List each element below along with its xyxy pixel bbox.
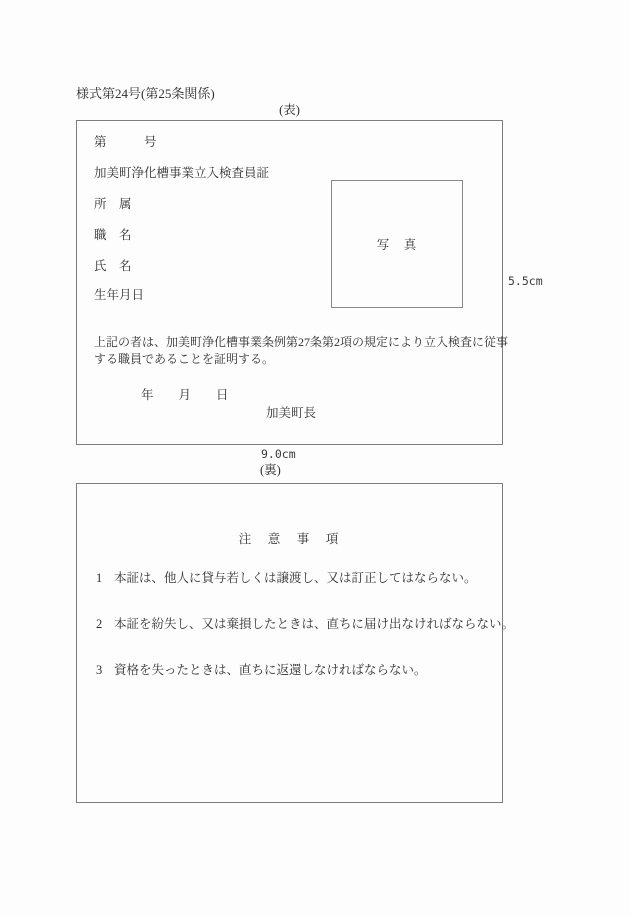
name-label: 氏 名 [94, 259, 132, 274]
note-item: 2 本証を紛失し、又は棄損したときは、直ちに届け出なければならない。 [96, 617, 492, 632]
certificate-title: 加美町浄化槽事業立入検査員証 [94, 166, 269, 181]
photo-box: 写 真 [331, 180, 463, 308]
note-text: 資格を失ったときは、直ちに返還しなければならない。 [114, 663, 427, 678]
statement-line-2: する職員であることを証明する。 [94, 352, 274, 366]
mayor-signature-label: 加美町長 [266, 406, 316, 421]
height-dimension-label: 5.5cm [508, 274, 543, 288]
back-card: 注 意 事 項 1 本証は、他人に貸与若しくは譲渡し、又は訂正してはならない。 … [76, 483, 503, 803]
notes-title: 注 意 事 項 [77, 529, 502, 547]
width-dimension-label: 9.0cm [261, 447, 296, 461]
note-item: 1 本証は、他人に貸与若しくは譲渡し、又は訂正してはならない。 [96, 571, 492, 586]
note-number: 1 [96, 571, 114, 586]
note-number: 2 [96, 617, 114, 632]
document-page: 様式第24号(第25条関係) (表) 第 号 加美町浄化槽事業立入検査員証 所 … [0, 0, 630, 915]
certification-statement: 上記の者は、加美町浄化槽事業条例第27条第2項の規定により立入検査に従事する職員… [94, 334, 508, 368]
certificate-number-line: 第 号 [94, 135, 157, 150]
note-item: 3 資格を失ったときは、直ちに返還しなければならない。 [96, 663, 492, 678]
affiliation-label: 所 属 [94, 197, 132, 212]
form-number-label: 様式第24号(第25条関係) [76, 86, 215, 101]
note-text: 本証は、他人に貸与若しくは譲渡し、又は訂正してはならない。 [114, 571, 477, 586]
statement-line-1: 上記の者は、加美町浄化槽事業条例第27条第2項の規定により立入検査に従事 [94, 335, 508, 349]
front-card: 第 号 加美町浄化槽事業立入検査員証 所 属 職 名 氏 名 生年月日 写 真 … [76, 120, 503, 445]
issue-date-line: 年 月 日 [141, 388, 229, 403]
back-side-label: (裏) [260, 463, 281, 478]
position-label: 職 名 [94, 228, 132, 243]
birthdate-label: 生年月日 [94, 288, 144, 303]
note-number: 3 [96, 663, 114, 678]
front-side-label: (表) [76, 103, 503, 118]
photo-label: 写 真 [377, 235, 418, 253]
note-text: 本証を紛失し、又は棄損したときは、直ちに届け出なければならない。 [114, 617, 514, 632]
